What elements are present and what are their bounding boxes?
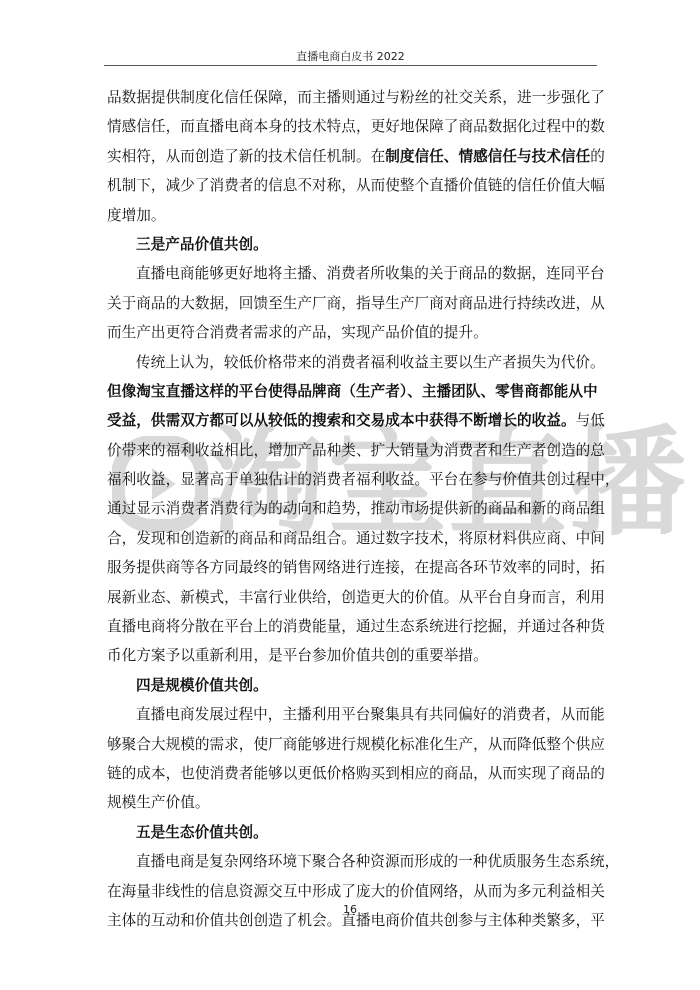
document-body: 品数据提供制度化信任保障，而主播则通过与粉丝的社交关系，进一步强化了 情感信任，…: [107, 83, 595, 935]
text-line: 合，发现和创造新的商品和商品组合。通过数字技术，将原材料供应商、中间: [107, 524, 595, 553]
text-run: 与低: [576, 412, 605, 429]
text-run: 的: [590, 148, 605, 165]
text-line: 而生产出更符合消费者需求的产品，实现产品价值的提升。: [107, 318, 595, 347]
text-line: 机制下，减少了消费者的信息不对称，从而使整个直播价值链的信任价值大幅: [107, 171, 595, 200]
text-line: 关于商品的大数据，回馈至生产厂商，指导生产厂商对商品进行持续改进，从: [107, 289, 595, 318]
text-line: 规模生产价值。: [107, 788, 595, 817]
paragraph-product: 直播电商能够更好地将主播、消费者所收集的关于商品的数据，连同平台 关于商品的大数…: [107, 259, 595, 347]
emphasis-text: 制度信任、情感信任与技术信任: [385, 148, 590, 165]
text-line: 福利收益，显著高于单独估计的消费者福利收益。平台在参与价值共创过程中，: [107, 465, 595, 494]
text-line: 够聚合大规模的需求，使厂商能够进行规模化标准化生产，从而降低整个供应: [107, 730, 595, 759]
text-line: 度增加。: [107, 201, 595, 230]
section-heading-ecosystem: 五是生态价值共创。: [107, 818, 595, 847]
text-line: 受益，供需双方都可以从较低的搜索和交易成本中获得不断增长的收益。与低: [107, 406, 595, 435]
text-line: 价带来的福利收益相比，增加产品种类、扩大销量为消费者和生产者创造的总: [107, 436, 595, 465]
text-line: 直播电商是复杂网络环境下聚合各种资源而形成的一种优质服务生态系统，: [107, 847, 595, 876]
text-line: 展新业态、新模式，丰富行业供给，创造更大的价值。从平台自身而言，利用: [107, 583, 595, 612]
header-divider: [104, 65, 597, 66]
text-line: 通过显示消费者消费行为的动向和趋势，推动市场提供新的商品和新的商品组: [107, 494, 595, 523]
section-heading-scale: 四是规模价值共创。: [107, 671, 595, 700]
text-line: 链的成本，也使消费者能够以更低价格购买到相应的商品，从而实现了商品的: [107, 759, 595, 788]
page-number: 16: [300, 903, 400, 916]
running-header: 直播电商白皮书 2022: [104, 50, 597, 64]
paragraph-welfare: 传统上认为，较低价格带来的消费者福利收益主要以生产者损失为代价。 但像淘宝直播这…: [107, 348, 595, 671]
emphasis-text: 受益，供需双方都可以从较低的搜索和交易成本中获得不断增长的收益。: [107, 412, 576, 429]
paragraph-ecosystem: 直播电商是复杂网络环境下聚合各种资源而形成的一种优质服务生态系统， 在海量非线性…: [107, 847, 595, 935]
paragraph-scale: 直播电商发展过程中，主播利用平台聚集具有共同偏好的消费者，从而能 够聚合大规模的…: [107, 700, 595, 818]
text-line: 直播电商将分散在平台上的消费能量，通过生态系统进行挖掘，并通过各种货: [107, 612, 595, 641]
text-line: 传统上认为，较低价格带来的消费者福利收益主要以生产者损失为代价。: [107, 348, 595, 377]
text-line: 币化方案予以重新利用，是平台参加价值共创的重要举措。: [107, 641, 595, 670]
paragraph-trust: 品数据提供制度化信任保障，而主播则通过与粉丝的社交关系，进一步强化了 情感信任，…: [107, 83, 595, 230]
text-line: 品数据提供制度化信任保障，而主播则通过与粉丝的社交关系，进一步强化了: [107, 83, 595, 112]
text-line: 直播电商能够更好地将主播、消费者所收集的关于商品的数据，连同平台: [107, 259, 595, 288]
text-line: 服务提供商等各方同最终的销售网络进行连接，在提高各环节效率的同时，拓: [107, 553, 595, 582]
emphasis-line: 但像淘宝直播这样的平台使得品牌商（生产者）、主播团队、零售商都能从中: [107, 377, 595, 406]
section-heading-product: 三是产品价值共创。: [107, 230, 595, 259]
text-line: 情感信任，而直播电商本身的技术特点，更好地保障了商品数据化过程中的数: [107, 112, 595, 141]
text-line: 直播电商发展过程中，主播利用平台聚集具有共同偏好的消费者，从而能: [107, 700, 595, 729]
text-run: 实相符，从而创造了新的技术信任机制。在: [107, 148, 385, 165]
text-line: 实相符，从而创造了新的技术信任机制。在制度信任、情感信任与技术信任的: [107, 142, 595, 171]
text-line: 在海量非线性的信息资源交互中形成了庞大的价值网络，从而为多元利益相关: [107, 877, 595, 906]
